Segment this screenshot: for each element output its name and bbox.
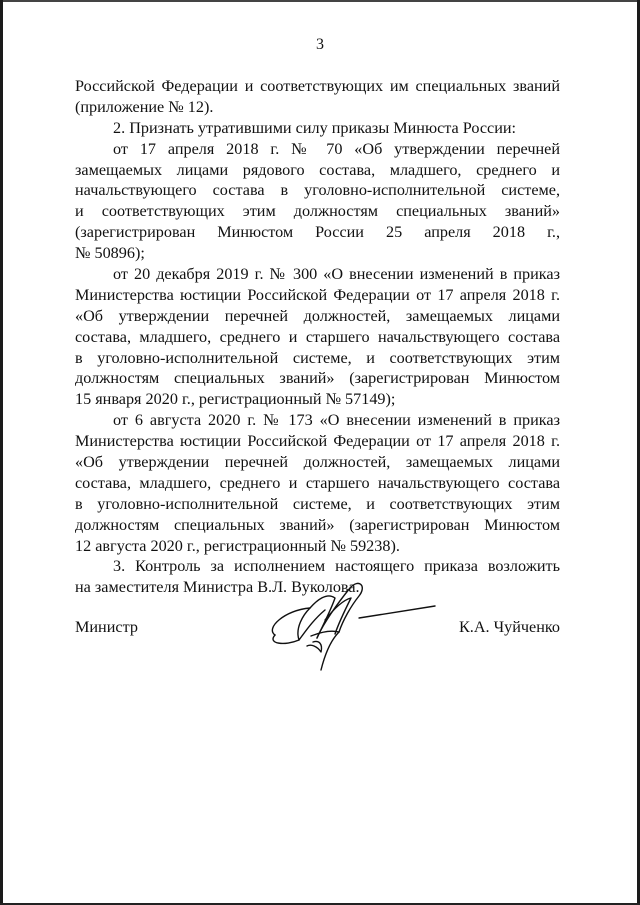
text-line: от 6 августа 2020 г. № 173 «О внесении и… <box>75 410 560 431</box>
text-line: замещаемых лицами рядового состава, млад… <box>75 160 560 181</box>
text-line: «Об утверждении перечней должностей, зам… <box>75 306 560 327</box>
text-line: от 20 декабря 2019 г. № 300 «О внесении … <box>75 264 560 285</box>
text-line: в уголовно-исполнительной системе, и соо… <box>75 494 560 515</box>
signature-block: Министр К.А. Чуйченко <box>75 610 560 700</box>
text-line: от 17 апреля 2018 г. № 70 «Об утверждени… <box>75 139 560 160</box>
text-line: в уголовно-исполнительной системе, и соо… <box>75 348 560 369</box>
paragraph-2-start: 2. Признать утратившими силу приказы Мин… <box>75 118 560 139</box>
signatory-title: Министр <box>75 618 138 637</box>
text-line: состава, младшего, среднего и старшего н… <box>75 473 560 494</box>
text-line: состава, младшего, среднего и старшего н… <box>75 327 560 348</box>
text-line: и соответствующих этим должностям специа… <box>75 201 560 222</box>
scan-edge-left <box>0 0 3 905</box>
scan-edge-top <box>0 0 640 2</box>
text-line: (зарегистрирован Минюстом России 25 апре… <box>75 222 560 243</box>
document-body: Российской Федерации и соответствующих и… <box>75 76 560 598</box>
text-line: 12 августа 2020 г., регистрационный № 59… <box>75 536 560 557</box>
paragraph-3-start: 3. Контроль за исполнением настоящего пр… <box>75 556 560 577</box>
text-line: должностям специальных званий» (зарегист… <box>75 515 560 536</box>
text-line: начальствующего состава в уголовно-испол… <box>75 180 560 201</box>
signatory-name: К.А. Чуйченко <box>459 618 560 637</box>
text-line: «Об утверждении перечней должностей, зам… <box>75 452 560 473</box>
text-line: (приложение № 12). <box>75 97 560 118</box>
document-page: 3 Российской Федерации и соответствующих… <box>0 0 640 905</box>
text-line: № 50896); <box>75 243 560 264</box>
text-line: Министерства юстиции Российской Федераци… <box>75 431 560 452</box>
text-line: Министерства юстиции Российской Федераци… <box>75 285 560 306</box>
handwritten-signature-icon <box>255 580 455 700</box>
page-number: 3 <box>0 36 640 54</box>
text-line: 15 января 2020 г., регистрационный № 571… <box>75 389 560 410</box>
text-line: должностям специальных званий» (зарегист… <box>75 368 560 389</box>
text-line: Российской Федерации и соответствующих и… <box>75 76 560 97</box>
